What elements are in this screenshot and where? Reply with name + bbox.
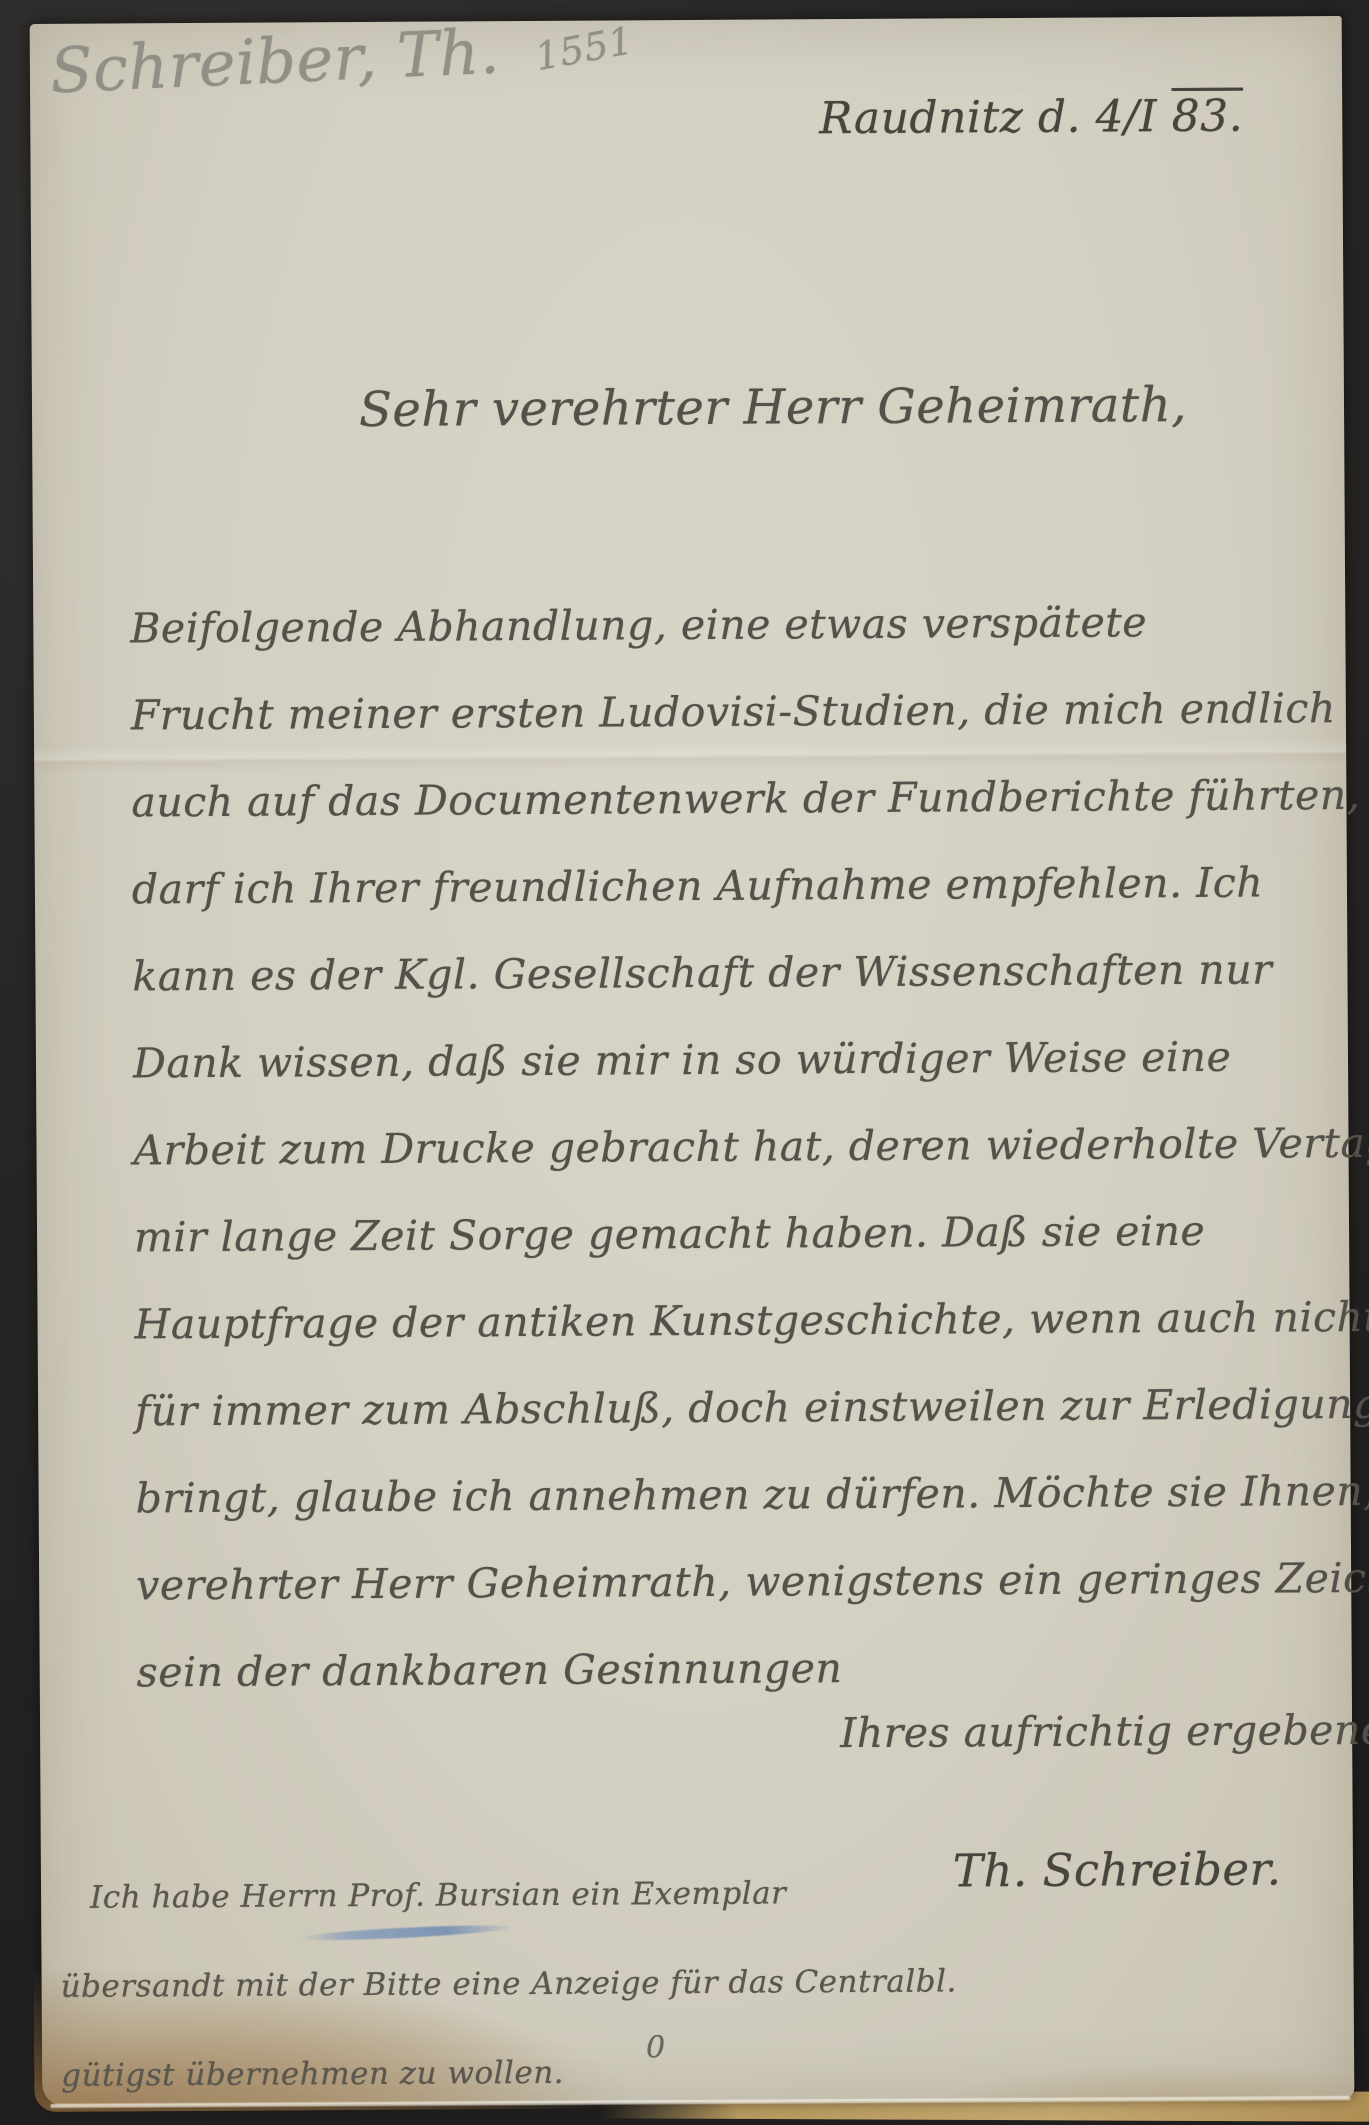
postscript-line: gütigst übernehmen zu wollen. (61, 2026, 958, 2120)
dateline-year: 83. (1172, 91, 1244, 142)
photograph-background: Schreiber, Th. 1551 Raudnitz d. 4/I 83. … (0, 0, 1369, 2125)
body-line: Dank wissen, daß sie mir in so würdiger … (133, 1012, 1369, 1107)
body-line: Arbeit zum Drucke gebracht hat, deren wi… (133, 1099, 1369, 1194)
postscript-line: Ich habe Herrn Prof. Bursian ein Exempla… (60, 1848, 957, 1942)
body-line: mir lange Zeit Sorge gemacht haben. Daß … (134, 1186, 1369, 1281)
letter-paper: Schreiber, Th. 1551 Raudnitz d. 4/I 83. … (30, 16, 1355, 2106)
salutation: Sehr verehrter Herr Geheimrath, (359, 377, 1187, 438)
postscript-line: übersandt mit der Bitte eine Anzeige für… (60, 1937, 957, 2031)
paper-stain-bottom-right (924, 2062, 1354, 2105)
body-line: sein der dankbaren Gesinnungen (136, 1621, 1369, 1716)
archival-annotation-name: Schreiber, Th. (48, 15, 501, 108)
letter-body: Beifolgende Abhandlung, eine etwas versp… (130, 577, 1369, 1716)
postscript: Ich habe Herrn Prof. Bursian ein Exempla… (60, 1848, 958, 2120)
body-line: auch auf das Documentenwerk der Fundberi… (131, 751, 1369, 846)
postscript-zero-mark: 0 (646, 2030, 666, 2065)
body-line: Beifolgende Abhandlung, eine etwas versp… (130, 577, 1369, 672)
body-line: darf ich Ihrer freundlichen Aufnahme emp… (132, 838, 1369, 933)
body-line: verehrter Herr Geheimrath, wenigstens ei… (136, 1534, 1369, 1629)
body-line: Hauptfrage der antiken Kunstgeschichte, … (134, 1273, 1369, 1368)
body-line: kann es der Kgl. Gesellschaft der Wissen… (132, 925, 1369, 1020)
body-line: Frucht meiner ersten Ludovisi-Studien, d… (131, 664, 1369, 759)
body-line: für immer zum Abschluß, doch einstweilen… (135, 1360, 1369, 1455)
closing-formula: Ihres aufrichtig ergebenen (840, 1706, 1369, 1757)
body-line: bringt, glaube ich annehmen zu dürfen. M… (135, 1447, 1369, 1542)
dateline: Raudnitz d. 4/I 83. (819, 91, 1243, 145)
dateline-place-day: Raudnitz d. 4/I (819, 91, 1172, 144)
archival-annotation-number: 1551 (532, 18, 637, 79)
signature: Th. Schreiber. (953, 1842, 1282, 1897)
